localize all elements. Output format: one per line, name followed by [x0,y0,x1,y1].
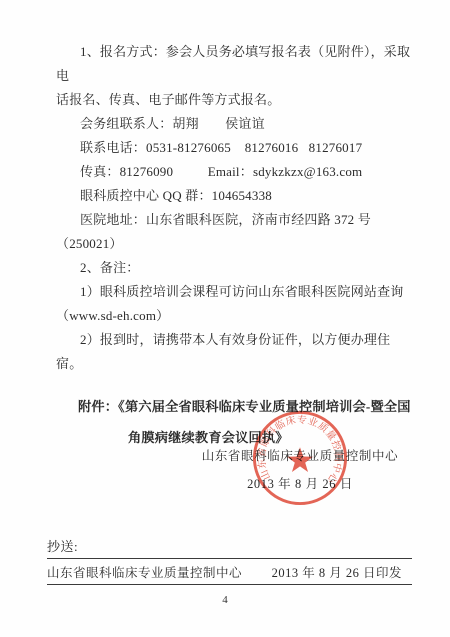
document-page: 1、报名方式：参会人员务必填写报名表（见附件），采取电 话报名、传真、电子邮件等… [0,0,450,637]
cc-label: 抄送: [47,539,78,554]
line-contact-persons: 会务组联系人：胡翔 侯谊谊 [56,112,412,136]
line-hospital-address: 医院地址：山东省眼科医院，济南市经四路 372 号（250021） [56,208,412,256]
seal-star-icon [287,447,313,472]
line-fax-email: 传真：81276090 Email：sdykzkzx@163.com [56,160,412,184]
line-registration-method-1: 1、报名方式：参会人员务必填写报名表（见附件），采取电 [56,40,412,88]
official-seal-stamp-icon: 山东省眼科临床专业质量控制中心 [251,408,349,508]
body-text-block: 1、报名方式：参会人员务必填写报名表（见附件），采取电 话报名、传真、电子邮件等… [56,40,412,453]
line-remark-1: 1）眼科质控培训会课程可访问山东省眼科医院网站查询 [56,280,412,304]
line-remark-2: 2）报到时，请携带本人有效身份证件，以方便办理住宿。 [56,328,412,376]
imprint-row: 山东省眼科临床专业质量控制中心 2013 年 8 月 26 日印发 [47,559,412,585]
imprint-issuer: 山东省眼科临床专业质量控制中心 [47,563,242,581]
attachment-title-line-1: 附件：《第六届全省眼科临床专业质量控制培训会-暨全国 [56,391,412,422]
line-remarks-heading: 2、备注： [56,256,412,280]
line-qq-group: 眼科质控中心 QQ 群：104654338 [56,184,412,208]
line-phone-numbers: 联系电话：0531-81276065 81276016 81276017 [56,136,412,160]
cc-row: 抄送: [47,536,412,559]
page-number: 4 [0,594,450,606]
line-remark-1-url: （www.sd-eh.com） [56,304,412,328]
imprint-issue-date: 2013 年 8 月 26 日印发 [272,563,412,581]
line-registration-method-2: 话报名、传真、电子邮件等方式报名。 [56,88,412,112]
